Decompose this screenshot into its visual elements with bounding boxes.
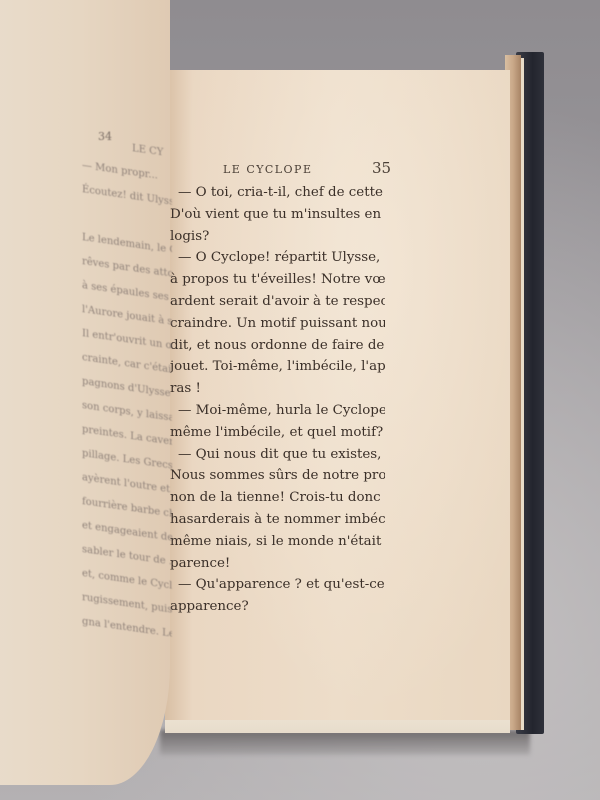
- text-line: même niais, si le monde n'était pas qu'a…: [170, 531, 385, 553]
- text-line: à propos tu t'éveilles! Notre vœu le plu…: [170, 269, 385, 291]
- text-line: parence!: [170, 553, 385, 575]
- text-line: craindre. Un motif puissant nous l'inter…: [170, 313, 385, 335]
- text-line: D'où vient que tu m'insultes en mon prop…: [170, 204, 385, 226]
- text-line: dit, et nous ordonne de faire de toi un: [170, 335, 385, 357]
- right-page-text: — O toi, cria-t-il, chef de cette bande …: [170, 182, 385, 618]
- text-line: ras !: [170, 378, 385, 400]
- text-line: hasarderais à te nommer imbécile, ou: [170, 509, 385, 531]
- text-line: logis?: [170, 226, 385, 248]
- text-line: apparence?: [170, 596, 385, 618]
- running-head: LE CYCLOPE: [223, 163, 380, 176]
- text-line: non de la tienne! Crois-tu donc que je m…: [170, 487, 385, 509]
- left-page-text: LE CY — Mon propr... Écoutez! dit Ulysse…: [82, 130, 172, 647]
- book-shadow: [160, 730, 530, 755]
- text-line: — O Cyclope! répartit Ulysse, que mal: [170, 247, 385, 269]
- text-line: même l'imbécile, et quel motif?: [170, 422, 385, 444]
- text-line: — O toi, cria-t-il, chef de cette bande …: [170, 182, 385, 204]
- text-line: jouet. Toi-même, l'imbécile, l'approuve-: [170, 356, 385, 378]
- page-number: 35: [372, 159, 391, 177]
- text-line: ardent serait d'avoir à te respecter et …: [170, 291, 385, 313]
- text-line: — Qui nous dit que tu existes, Cyclope ?: [170, 444, 385, 466]
- text-line: — Moi-même, hurla le Cyclope, moi-: [170, 400, 385, 422]
- text-line: — Qu'apparence ? et qu'est-ce qu'une: [170, 574, 385, 596]
- text-line: Nous sommes sûrs de notre propre vie,: [170, 465, 385, 487]
